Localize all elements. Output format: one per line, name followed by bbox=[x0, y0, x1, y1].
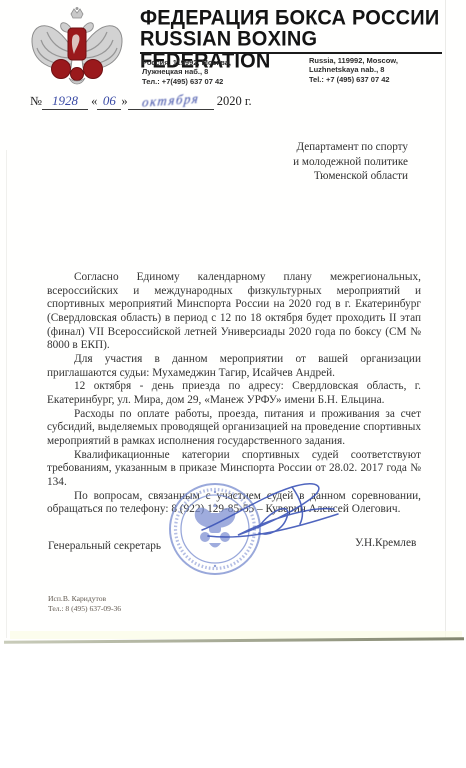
address-en-line: Luzhnetskaya nab., 8 bbox=[309, 65, 398, 74]
paragraph: 12 октября - день приезда по адресу: Све… bbox=[47, 380, 421, 407]
day-handwritten: 06 bbox=[103, 93, 116, 108]
header-rule bbox=[140, 52, 442, 54]
address-ru-line: Лужнецкая наб., 8 bbox=[142, 67, 231, 76]
paragraph: Согласно Единому календарному плану межр… bbox=[47, 271, 421, 353]
addressee-line: и молодежной политике bbox=[247, 155, 408, 170]
signer-title: Генеральный секретарь bbox=[48, 540, 161, 552]
addressee-line: Департамент по спорту bbox=[247, 140, 408, 155]
day-blank: 06 bbox=[97, 93, 121, 110]
paragraph: Для участия в данном мероприятии от ваше… bbox=[47, 353, 421, 380]
paragraph: Расходы по оплате работы, проезда, питан… bbox=[47, 408, 421, 449]
paper-edge-left bbox=[6, 150, 7, 638]
year-label: 2020 г. bbox=[217, 94, 252, 108]
signer-name: У.Н.Кремлев bbox=[355, 537, 416, 549]
addressee-line: Тюменской области bbox=[247, 169, 408, 184]
ref-number-blank: 1928 bbox=[42, 93, 88, 110]
address-ru-line: Тел.: +7(495) 637 07 42 bbox=[142, 77, 231, 86]
address-en-line: Russia, 119992, Moscow, bbox=[309, 56, 398, 65]
number-sign: № bbox=[30, 94, 42, 108]
month-handwritten: октября bbox=[141, 91, 200, 111]
executor-block: Исп.В. Каридутов Тел.: 8 (495) 637-09-36 bbox=[48, 594, 121, 613]
paper-edge-right bbox=[445, 0, 446, 638]
address-en-line: Tel.: +7 (495) 637 07 42 bbox=[309, 75, 398, 84]
month-blank: октября bbox=[128, 93, 214, 110]
address-ru-line: Россия, 119992, Москва, bbox=[142, 58, 231, 67]
federation-emblem-icon bbox=[27, 6, 127, 99]
signature-autograph-icon bbox=[196, 478, 346, 555]
address-en: Russia, 119992, Moscow, Luzhnetskaya nab… bbox=[309, 56, 398, 84]
executor-phone: Тел.: 8 (495) 637-09-36 bbox=[48, 604, 121, 614]
executor-name: Исп.В. Каридутов bbox=[48, 594, 121, 604]
org-title-ru: ФЕДЕРАЦИЯ БОКСА РОССИИ bbox=[140, 8, 446, 30]
ref-number-date-line: №1928 «06»октября 2020 г. bbox=[30, 93, 252, 110]
scanned-letter-page: ФЕДЕРАЦИЯ БОКСА РОССИИ RUSSIAN BOXING FE… bbox=[0, 0, 466, 643]
ref-number-handwritten: 1928 bbox=[52, 93, 78, 108]
addressee-block: Департамент по спорту и молодежной полит… bbox=[247, 140, 408, 184]
address-ru: Россия, 119992, Москва, Лужнецкая наб., … bbox=[142, 58, 231, 86]
